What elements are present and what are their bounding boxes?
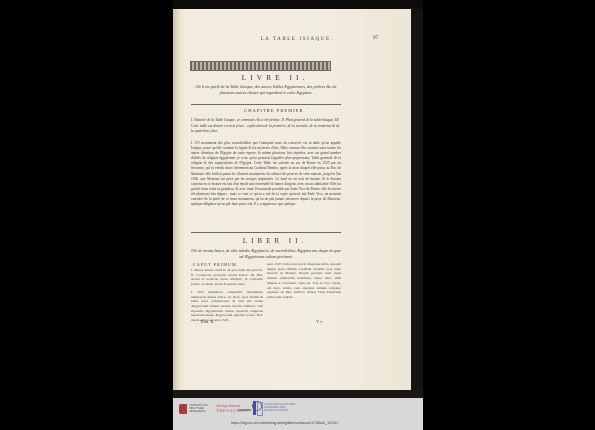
ornamental-band xyxy=(190,61,331,71)
divider xyxy=(191,104,341,105)
book-summary-latin: Ubi de mensa Isiaca, de aliis tabulis Æg… xyxy=(191,248,341,259)
tome-label: Tom. II. xyxy=(200,319,215,324)
page-edge-right xyxy=(411,9,423,393)
document-viewer: LA TABLE ISIAQUE. 97 LIVRE II. Où il est… xyxy=(173,0,423,430)
running-head: LA TABLE ISIAQUE. xyxy=(207,37,387,42)
heidelberg-library-label: UNIVERSITÄTS-BIBLIOTHEK HEIDELBERG xyxy=(189,404,207,413)
page-scan[interactable]: LA TABLE ISIAQUE. 97 LIVRE II. Où il est… xyxy=(173,0,423,398)
latin-text-right: anno 1525 à fabro ferrario in direptione… xyxy=(267,262,341,300)
caput-title: CAPUT PRIMUM. xyxy=(193,262,239,267)
union-logo-bar-icon[interactable] xyxy=(253,401,256,415)
book-summary-french: Où il est parlé de la Table Isiaque, des… xyxy=(191,84,341,96)
latin-text-left: I. Inter insigniores antiquitatis monume… xyxy=(191,290,263,323)
chapter-title: CHAPITRE PREMIER. xyxy=(207,108,343,113)
latin-argument: I. Mensæ Isiacæ historia, & quo modo ill… xyxy=(191,268,263,287)
book-title-french: LIVRE II. xyxy=(207,73,343,82)
heidelberg-library-logo-icon[interactable] xyxy=(179,404,187,414)
page-number: 97 xyxy=(373,36,378,41)
union-academies-label: UNION DER DEUTSCHEN AKADEMIEN DER WISSEN… xyxy=(264,403,304,412)
page-gutter xyxy=(173,9,179,393)
signature-mark: V v xyxy=(316,319,323,324)
page-edge-bottom xyxy=(173,390,423,398)
viewer-footer: UNIVERSITÄTS-BIBLIOTHEK HEIDELBERG Antiq… xyxy=(173,398,423,430)
logo-bar-icon xyxy=(239,409,251,411)
divider xyxy=(191,232,341,233)
book-title-latin: LIBER II. xyxy=(207,237,343,245)
body-text-french: I. UN monument des plus considérables qu… xyxy=(191,141,341,207)
chapter-argument: I. Histoire de la Table Isiaque, ce comm… xyxy=(191,118,341,135)
union-logo-frame-icon xyxy=(257,402,263,416)
latin-column-left: I. Mensæ Isiacæ historia, & quo modo ill… xyxy=(191,268,263,323)
permalink-url[interactable]: https://digi.ub.uni-heidelberg.de/digitl… xyxy=(231,421,421,425)
